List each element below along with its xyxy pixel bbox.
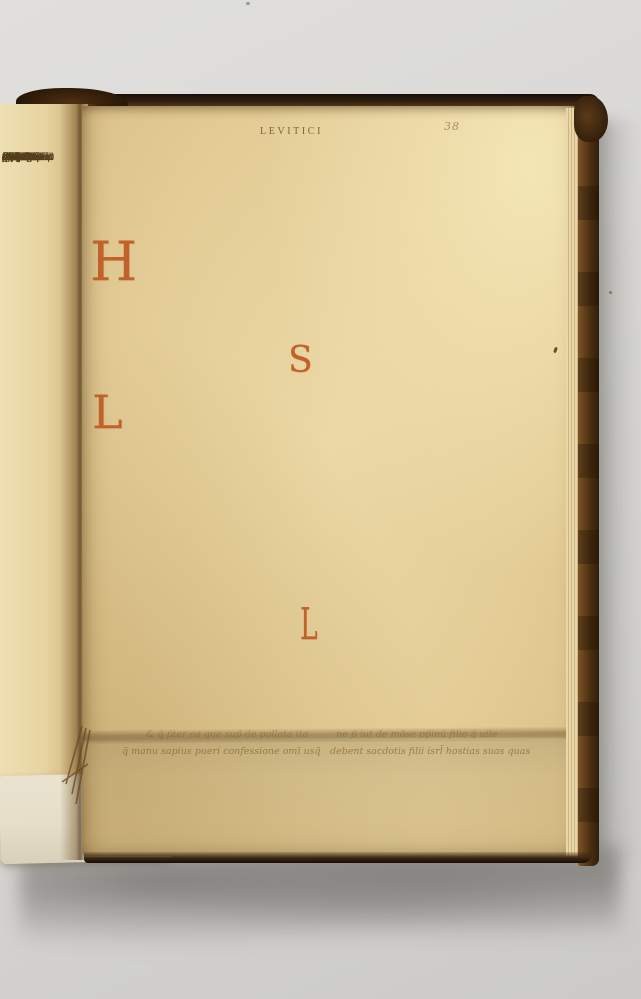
illuminated-initial: L (300, 605, 318, 645)
recto-page: LEVITICI 38 mediū offert̃ incensū. semis… (82, 106, 580, 856)
illuminated-initial: L (92, 390, 123, 434)
book-bottom-edge (84, 852, 592, 863)
manuscript-text-line: immolabit̃ corā dn̄o scm̄ scōr̄ ē. Sacdo… (98, 150, 110, 165)
cover-torn-corner (574, 96, 608, 142)
right-leather-cover (578, 100, 599, 866)
folio-number: 38 (444, 120, 460, 133)
illuminated-initial: S (288, 344, 313, 378)
lower-blank-parchment (82, 740, 580, 856)
running-title: LEVITICI (260, 126, 323, 137)
dust-speck (246, 2, 250, 5)
manuscript-text-line: isrl̄. Qui offert uictimā pacificor̄ dn̄… (330, 150, 342, 165)
ink-speck (553, 347, 558, 354)
ghost-text-line: ne p̃ iut de mōse pp̃inū filio q̃ uile (336, 729, 497, 740)
page-edge-threads (52, 724, 100, 820)
ghost-text-line: debent sacdotis filii isrl̄ hostias suas… (330, 746, 530, 757)
facing-page-line-fragment: q̃ apor tē (2, 152, 48, 167)
ghost-text-line: & q̃ p̃ter ea que sup̃ de pollata ita (146, 729, 308, 740)
dust-speck (609, 291, 612, 294)
illuminated-initial: H (90, 237, 137, 287)
ghost-text-line: q̃ manu sapius pueri confessione omī usq… (122, 746, 321, 757)
book-cast-shadow-bottom (20, 848, 620, 958)
manuscript-photograph: offeresaueritq̃uedbintellexeritmaculatūe… (0, 0, 641, 999)
